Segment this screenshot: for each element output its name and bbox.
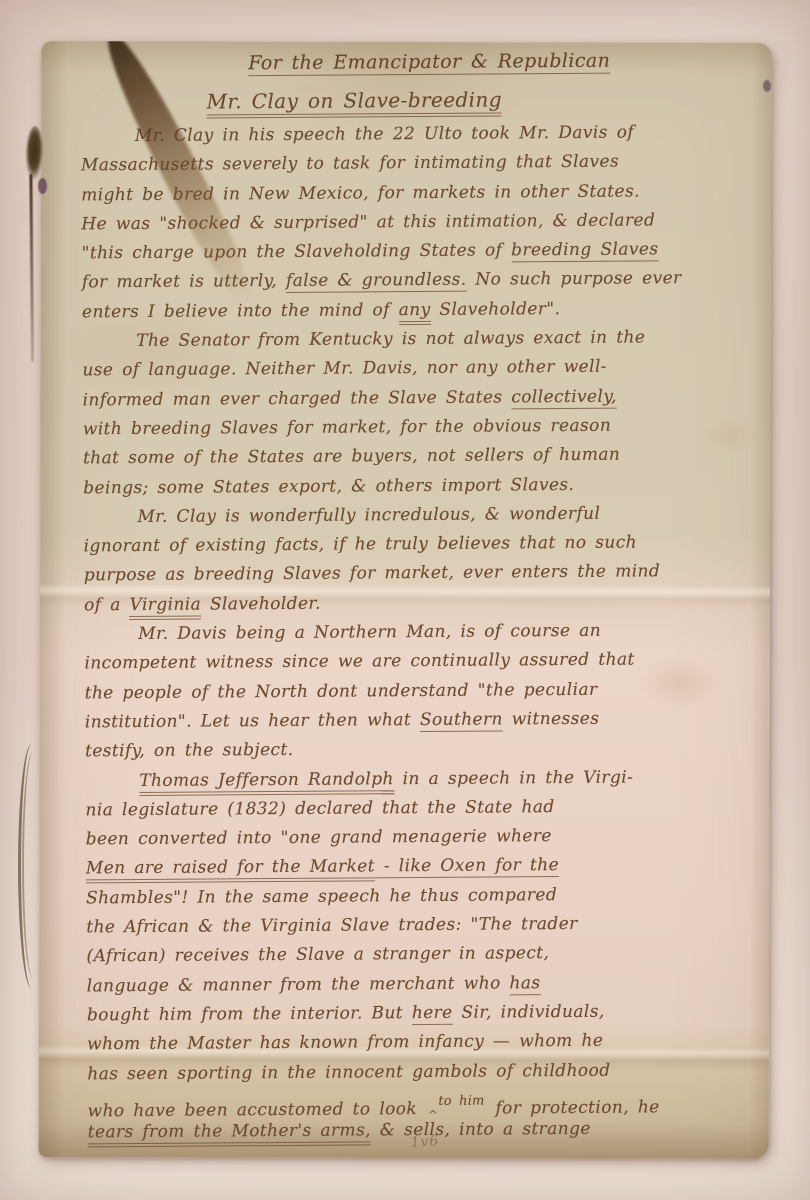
manuscript-line: language & manner from the merchant who … [87,967,755,1001]
text-segment: (African) receives the Slave a stranger … [86,943,549,966]
text-segment: of a [84,595,130,615]
text-segment: Sir, individuals, [453,1002,605,1023]
text-segment: incompetent witness since we are continu… [84,650,634,674]
text-segment: ignorant of existing facts, if he truly … [84,533,637,557]
manuscript-line: Shambles"! In the same speech he thus co… [86,879,754,913]
text-segment: any [399,300,431,325]
manuscript-line: ignorant of existing facts, if he truly … [84,528,752,562]
text-segment: collectively, [511,386,617,409]
text-segment: in a speech in the Virgi- [394,767,634,789]
manuscript-line: (African) receives the Slave a stranger … [86,938,754,972]
text-segment: that some of the States are buyers, not … [83,445,620,469]
text-segment: Slaveholder". [430,299,560,320]
manuscript-line: nia legislature (1832) declared that the… [85,792,753,826]
manuscript-line: Men are raised for the Market - like Oxe… [86,850,754,884]
text-segment: nia legislature (1832) declared that the… [85,797,554,820]
text-segment: The Senator from Kentucky is not always … [136,328,645,352]
text-segment: Men are raised for the Market [86,857,375,884]
text-segment: Mr. Clay on Slave-breeding [206,87,502,118]
manuscript-text: For the Emancipator & RepublicanMr. Clay… [80,46,756,1148]
manuscript-line: institution". Let us hear then what Sout… [85,704,753,738]
text-segment: bought him from the interior. But [87,1003,412,1025]
manuscript-line: incompetent witness since we are continu… [84,645,752,679]
text-segment: Thomas Jefferson Randolph [139,769,394,796]
manuscript-line: use of language. Neither Mr. Davis, nor … [82,352,750,386]
ink-speck [38,178,47,194]
text-segment: Mr. Clay is wonderfully incredulous, & w… [137,504,600,527]
text-segment: Southern [420,709,503,732]
text-segment: might be bred in New Mexico, for markets… [81,181,640,205]
manuscript-line: with breeding Slaves for market, for the… [83,411,751,445]
manuscript-line: the African & the Virginia Slave trades:… [86,909,754,943]
text-segment: & sells, into a strange [371,1119,591,1141]
manuscript-line: Mr. Clay in his speech the 22 Ulto took … [81,118,749,152]
manuscript-line: the people of the North dont understand … [85,674,753,708]
manuscript-line: The Senator from Kentucky is not always … [82,323,750,357]
manuscript-line: informed man ever charged the Slave Stat… [83,381,751,415]
manuscript-line: whom the Master has known from infancy —… [87,1026,755,1060]
manuscript-line: Thomas Jefferson Randolph in a speech in… [85,762,753,796]
text-segment: Shambles"! In the same speech he thus co… [86,885,557,908]
text-segment: breeding Slaves [511,240,658,263]
photograph: For the Emancipator & RepublicanMr. Clay… [0,0,810,1200]
text-segment: "this charge upon the Slaveholding State… [82,241,512,264]
text-segment: He was "shocked & surprised" at this int… [81,210,655,234]
text-segment: whom the Master has known from infancy —… [87,1031,603,1055]
text-segment: tears from the Mother's arms, [88,1120,371,1147]
manuscript-line: Mr. Davis being a Northern Man, is of co… [84,616,752,650]
manuscript-line: been converted into "one grand menagerie… [86,821,754,855]
manuscript-line: purpose as breeding Slaves for market, e… [84,557,752,591]
manuscript-line: Mr. Clay on Slave-breeding [80,84,748,123]
manuscript-line: that some of the States are buyers, not … [83,440,751,474]
manuscript-line: who have been accustomed to look ^to him… [87,1084,755,1118]
manuscript-line: for market is utterly, false & groundles… [82,264,750,298]
text-segment: has seen sporting in the innocent gambol… [87,1060,610,1084]
manuscript-line: bought him from the interior. But here S… [87,997,755,1031]
page-number-mark: 1v6 [410,1133,440,1151]
text-segment: been converted into "one grand menagerie… [86,826,552,849]
text-segment: Mr. Davis being a Northern Man, is of co… [138,621,601,644]
text-segment: beings; some States export, & others imp… [83,475,574,498]
text-segment: Virginia [129,594,201,619]
text-segment: for market is utterly, [82,271,286,292]
inserted-text: to him [438,1093,484,1108]
text-segment: institution". Let us hear then what [85,710,420,732]
text-segment: here [412,1003,453,1025]
manuscript-line: Mr. Clay is wonderfully incredulous, & w… [83,499,751,533]
manuscript-line: has seen sporting in the innocent gambol… [87,1055,755,1089]
text-segment: Mr. Clay in his speech the 22 Ulto took … [135,123,634,146]
text-segment: language & manner from the merchant who [87,973,510,996]
text-segment: the people of the North dont understand … [85,679,598,703]
binding-wire-inner [22,752,44,978]
text-segment: ^ [428,1108,439,1122]
text-segment: has [509,973,540,995]
manuscript-page: For the Emancipator & RepublicanMr. Clay… [39,41,772,1159]
text-segment: false & groundless. [286,270,467,293]
text-segment: use of language. Neither Mr. Davis, nor … [82,357,607,381]
manuscript-line: He was "shocked & surprised" at this int… [81,206,749,240]
text-segment: enters I believe into the mind of [82,300,399,322]
manuscript-line: enters I believe into the mind of any Sl… [82,293,750,327]
text-segment: the African & the Virginia Slave trades:… [86,914,578,937]
text-segment: purpose as breeding Slaves for market, e… [84,562,660,586]
text-segment: testify, on the subject. [85,740,294,761]
manuscript-line: might be bred in New Mexico, for markets… [81,176,749,210]
text-segment: informed man ever charged the Slave Stat… [83,387,512,410]
manuscript-line: For the Emancipator & Republican [80,46,748,89]
text-segment: Massachusetts severely to task for intim… [81,152,619,176]
text-segment: For the Emancipator & Republican [248,50,610,77]
text-segment: - like Oxen for the [375,855,559,878]
manuscript-line: Massachusetts severely to task for intim… [81,147,749,181]
text-segment: witnesses [503,709,600,730]
manuscript-line: "this charge upon the Slaveholding State… [82,235,750,269]
text-segment: Slaveholder. [201,593,321,614]
text-segment: No such purpose ever [466,269,681,291]
manuscript-line: testify, on the subject. [85,733,753,767]
pin-shaft [29,174,34,362]
manuscript-line: of a Virginia Slaveholder. [84,586,752,620]
ink-speck [763,80,771,92]
text-segment: with breeding Slaves for market, for the… [83,416,611,440]
manuscript-line: beings; some States export, & others imp… [83,469,751,503]
